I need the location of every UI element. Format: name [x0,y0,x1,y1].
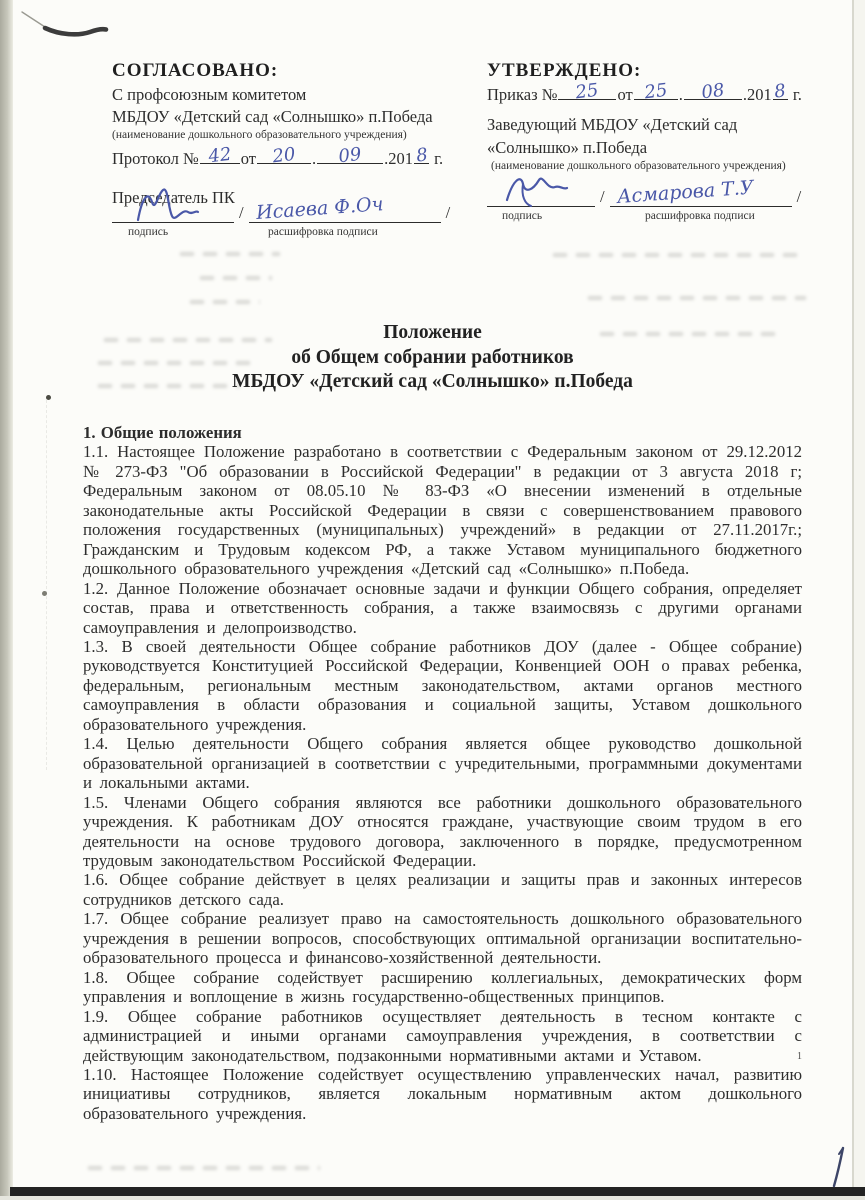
dot: . [679,85,683,104]
signature-label: подпись [128,226,168,238]
paragraph-1-10: 1.10. Настоящее Положение содействует ос… [83,1065,802,1123]
signature-blank [112,202,234,223]
signature-blank [487,186,595,207]
order-number-blank: 25 [558,82,616,100]
bleed-through-mark [588,296,806,300]
protocol-month-handwritten: 09 [337,144,362,168]
agreed-signature-row: / Исаева Ф.Оч / [112,202,455,223]
title-line-2: об Общем собрании работников [0,346,865,371]
paragraph-1-5: 1.5. Членами Общего собрания являются вс… [83,793,802,871]
signature-scribble [501,172,571,212]
signature-name-blank: Исаева Ф.Оч [249,202,441,223]
agreed-caption: (наименование дошкольного образовательно… [112,129,482,141]
bleed-through-mark [180,252,280,256]
protocol-number-blank: 42 [200,146,240,164]
manager-line-1: Заведующий МБДОУ «Детский сад [487,115,857,135]
scan-edge-bottom-below [0,1196,865,1200]
document-body: 1. Общие положения 1.1. Настоящее Положе… [83,423,802,1123]
order-month-blank: 08 [684,82,742,100]
approved-heading: УТВЕРЖДЕНО: [487,60,857,82]
signature-label: подпись [502,210,542,222]
signature-name-label: расшифровка подписи [268,226,378,238]
slash: / [600,187,605,207]
approved-signature-row: / Асмарова Т.У / [487,186,806,207]
signature-scribble [130,186,202,230]
paragraph-1-2: 1.2. Данное Положение обозначает основны… [83,579,802,637]
signature-name-label: расшифровка подписи [645,210,755,222]
paragraph-1-3: 1.3. В своей деятельности Общее собрание… [83,637,802,734]
order-ot: от [617,85,632,104]
order-prefix: Приказ № [487,85,557,104]
protocol-year-printed: .201 [384,149,413,168]
slash: / [797,187,802,207]
staple-dot [42,591,47,596]
document-title: Положение об Общем собрании работников М… [0,321,865,395]
dot: . [312,149,316,168]
signature-name-blank: Асмарова Т.У [610,186,792,207]
approved-manager-block: Заведующий МБДОУ «Детский сад «Солнышко»… [487,115,857,172]
scan-edge-right-band [854,0,865,1200]
scan-edge-left [0,0,13,1200]
order-year-blank: 8 [773,82,788,100]
agreed-block: СОГЛАСОВАНО: С профсоюзным комитетом МБД… [112,60,482,141]
paragraph-1-6: 1.6. Общее собрание действует в целях ре… [83,870,802,909]
protocol-year-handwritten: 8 [415,144,429,166]
order-month-handwritten: 08 [700,80,725,104]
manager-line-2: «Солнышко» п.Победа [487,138,857,158]
protocol-suffix: г. [434,149,443,168]
perforation-line [46,400,47,770]
order-day-blank: 25 [634,82,678,100]
bleed-through-mark [200,276,272,280]
order-number-handwritten: 25 [575,80,600,104]
paragraph-1-7: 1.7. Общее собрание реализует право на с… [83,909,802,967]
protocol-ot: от [241,149,256,168]
order-year-handwritten: 8 [773,80,787,102]
pen-mark-top-left [16,4,116,46]
document-page: СОГЛАСОВАНО: С профсоюзным комитетом МБД… [0,0,865,1200]
order-suffix: г. [793,85,802,104]
bleed-through-mark [88,1166,320,1170]
signature-name-handwritten: Асмарова Т.У [616,177,754,208]
agreed-line-2: МБДОУ «Детский сад «Солнышко» п.Победа [112,107,482,127]
signature-name-handwritten: Исаева Ф.Оч [255,193,384,224]
agreed-line-1: С профсоюзным комитетом [112,85,482,105]
order-year-printed: .201 [743,85,772,104]
page-number: 1 [797,1051,802,1062]
bleed-through-mark [190,300,260,304]
title-line-1: Положение [0,321,865,346]
scan-edge-bottom [10,1187,865,1196]
paragraph-1-9: 1.9. Общее собрание работников осуществл… [83,1007,802,1065]
paragraph-1-4: 1.4. Целью деятельности Общего собрания … [83,734,802,792]
order-day-handwritten: 25 [643,80,668,104]
slash: / [239,203,244,223]
protocol-line: Протокол №42от20.09.2018 г. [112,146,443,169]
protocol-day-blank: 20 [257,146,311,164]
paragraph-1-8: 1.8. Общее собрание содействует расширен… [83,968,802,1007]
agreed-heading: СОГЛАСОВАНО: [112,60,482,82]
protocol-year-blank: 8 [414,146,429,164]
section-heading: 1. Общие положения [83,423,802,442]
approved-block: УТВЕРЖДЕНО: [487,60,857,82]
pen-mark-bottom-right [826,1142,852,1194]
protocol-day-handwritten: 20 [271,144,296,168]
protocol-prefix: Протокол № [112,149,199,168]
approved-caption: (наименование дошкольного образовательно… [491,160,857,172]
staple-dot [46,395,51,400]
slash: / [446,203,451,223]
bleed-through-mark [553,253,805,257]
protocol-number-handwritten: 42 [207,144,232,168]
protocol-month-blank: 09 [317,146,383,164]
paragraph-1-1: 1.1. Настоящее Положение разработано в с… [83,442,802,578]
order-line: Приказ №25от25.08.2018 г. [487,82,802,105]
title-line-3: МБДОУ «Детский сад «Солнышко» п.Победа [0,370,865,395]
